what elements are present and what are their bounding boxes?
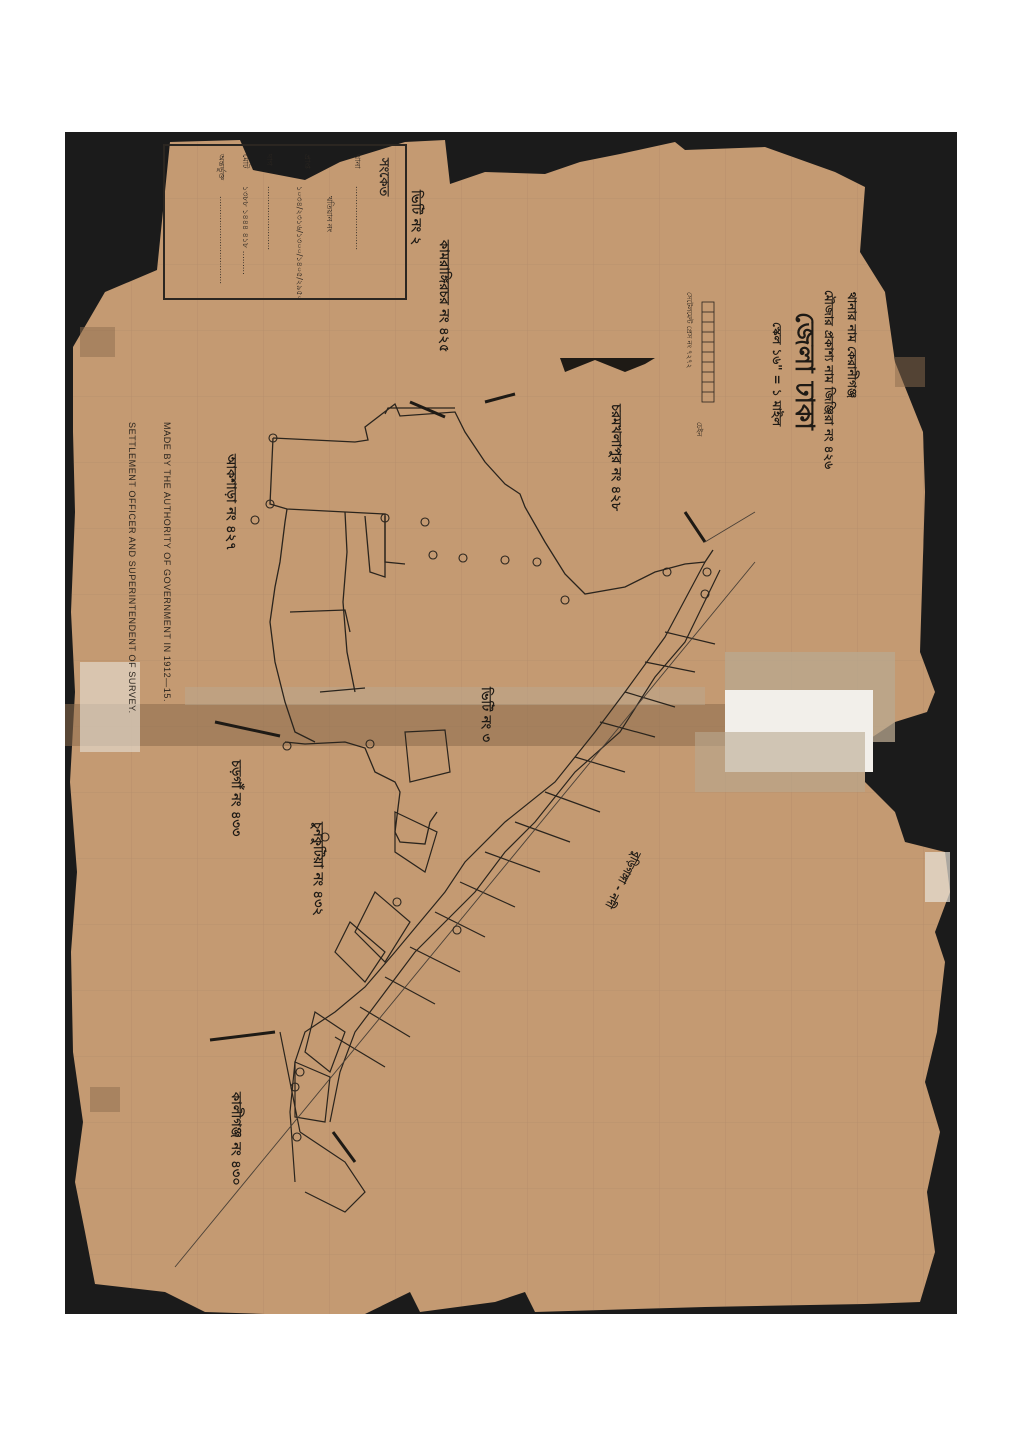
boundary-label-center: ভিটি নং ৩ [474, 687, 495, 742]
scale-text: স্কেল ১৬" = ১ মাইল [765, 322, 785, 426]
legend-row: প্রাপ্ত [300, 154, 313, 169]
legend-row: অন্তর্ভুক্ত [214, 154, 227, 180]
authority-text: MADE BY THE AUTHORITY OF GOVERNMENT IN 1… [162, 422, 172, 702]
boundary-label-south-center: চুনকুটিয়া নং ৪৩২ [306, 822, 327, 916]
boundary-label-east: চরমখলাপুর নং ৪২৮ [604, 404, 625, 511]
legend-row-value: ১৩৮৮ ১৪৪৪ ৪১৮ ……… [238, 186, 251, 275]
officer-text: SETTLEMENT OFFICER AND SUPERINTENDENT OF… [127, 422, 137, 714]
legend-row-value: …………………… [266, 186, 275, 250]
boundary-label-west: আকশাড়া নং ৪২৭ [219, 454, 240, 551]
boundary-label-north-b: কামরাঙ্গিরচর নং ৪২৫ [432, 240, 453, 352]
tape-strip [65, 704, 725, 746]
print-note: সেটেলমেন্ট প্রেস নং ৭২৭২ [683, 292, 695, 368]
legend-row-value: …………………… [354, 186, 363, 250]
legend-row: মোট [238, 154, 251, 168]
legend-row: দাগ [262, 154, 275, 166]
legend-row: থানা [350, 154, 363, 169]
legend-title: সংকেত [372, 158, 393, 196]
boundary-label-south: কালীগঞ্জ নং ৪৩০ [224, 1092, 245, 1186]
scale-bar-note: চেইন [693, 422, 705, 436]
legend-row: খতিয়ান নং [322, 196, 335, 232]
boundary-label-north-a: ভিটি নং ২ [404, 190, 425, 245]
legend-row-value: …………………………… [218, 196, 227, 284]
district-title: জেলা ঢাকা [781, 312, 825, 430]
boundary-label-south-west: চড়গাঁ নং ৪৩৩ [224, 760, 245, 836]
thana-line: থানার নাম কেরানীগঞ্জ [840, 292, 860, 398]
legend-box: সংকেত থানা …………………… খতিয়ান নং প্রাপ্ত ১… [163, 144, 407, 300]
scanned-map-backing: সংকেত থানা …………………… খতিয়ান নং প্রাপ্ত ১… [65, 132, 957, 1314]
legend-row-value: ১০৩৪/২৩১৬/১৩০০/১৪০৫/২৯৫০ [292, 186, 305, 301]
